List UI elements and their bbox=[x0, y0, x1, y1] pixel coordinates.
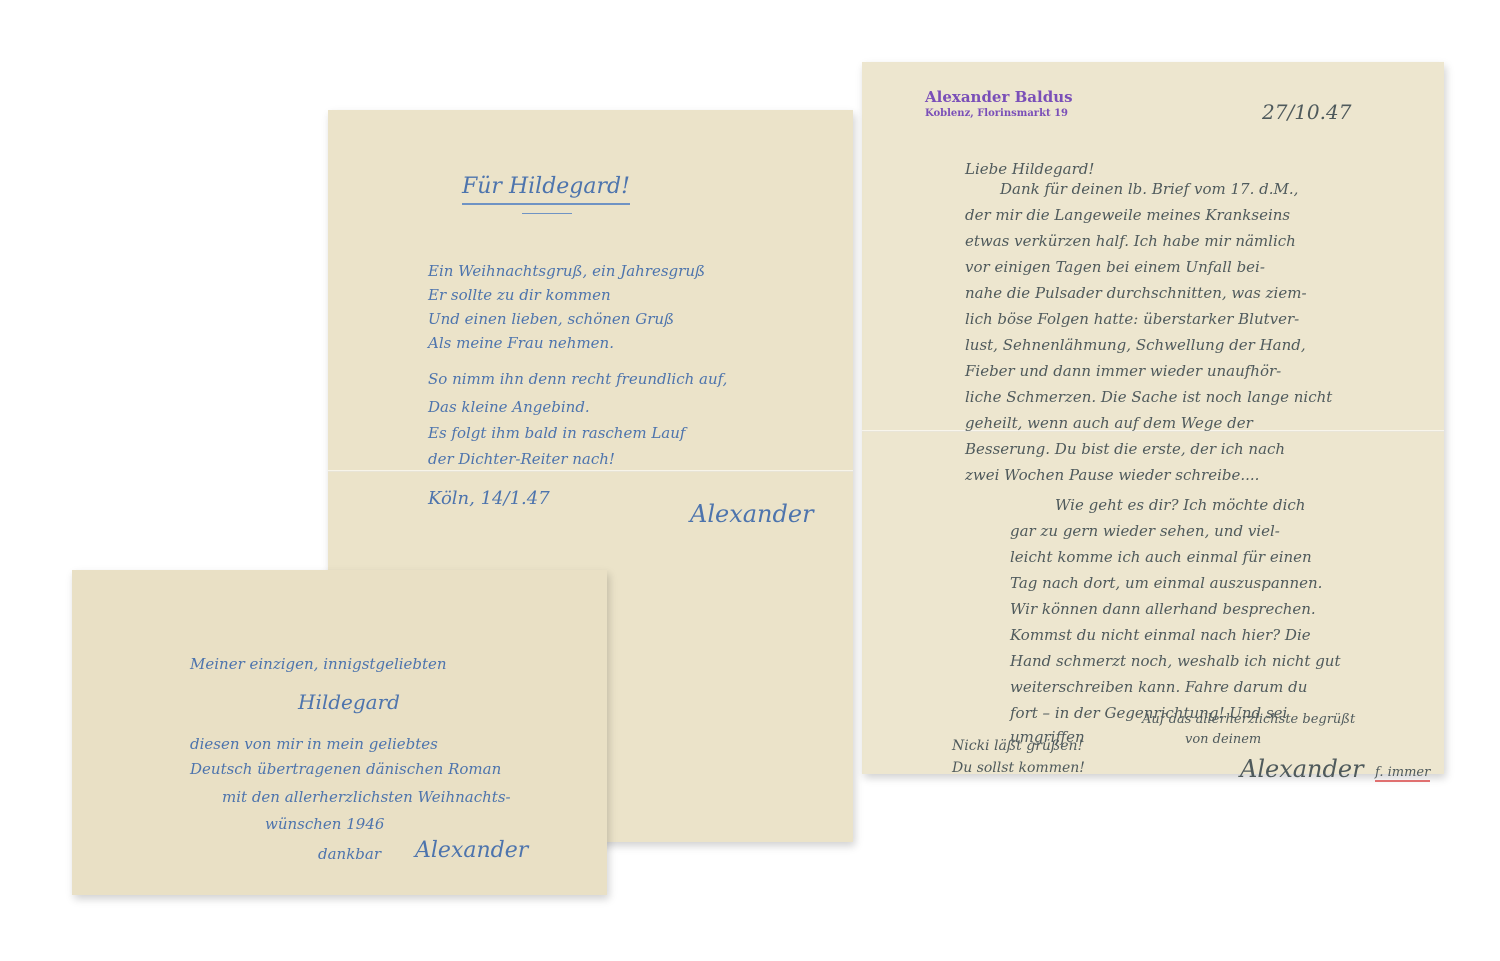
letter-line: Tag nach dort, um einmal auszuspannen. bbox=[1010, 574, 1322, 592]
letter-line: vor einigen Tagen bei einem Unfall bei- bbox=[965, 258, 1265, 276]
poem-title: Für Hildegard! bbox=[462, 174, 630, 205]
card-line: diesen von mir in mein geliebtes bbox=[190, 735, 438, 753]
letter-line: Besserung. Du bist die erste, der ich na… bbox=[965, 440, 1285, 458]
card-name: Hildegard bbox=[298, 690, 400, 714]
poem-line: Er sollte zu dir kommen bbox=[428, 286, 611, 304]
card-line: Meiner einzigen, innigstgeliebten bbox=[190, 655, 447, 673]
letter-line: weiterschreiben kann. Fahre darum du bbox=[1010, 678, 1307, 696]
poem-place-date: Köln, 14/1.47 bbox=[428, 488, 550, 509]
poem-line: So nimm ihn denn recht freundlich auf, bbox=[428, 370, 727, 388]
letter-postscript: Nicki läßt grüßen! bbox=[952, 738, 1083, 754]
card-line: dankbar bbox=[318, 845, 381, 863]
letter-closing: Auf das allerherzlichste begrüßt bbox=[1142, 712, 1355, 727]
letter-line: liche Schmerzen. Die Sache ist noch lang… bbox=[965, 388, 1332, 406]
letter-line: Kommst du nicht einmal nach hier? Die bbox=[1010, 626, 1311, 644]
poem-line: Als meine Frau nehmen. bbox=[428, 334, 614, 352]
letter-line: gar zu gern wieder sehen, und viel- bbox=[1010, 522, 1280, 540]
card-line: mit den allerherzlichsten Weihnachts- bbox=[222, 788, 511, 806]
letterhead-stamp-name: Alexander Baldus bbox=[925, 88, 1073, 106]
letter-line: Wir können dann allerhand besprechen. bbox=[1010, 600, 1316, 618]
card-line: wünschen 1946 bbox=[265, 815, 384, 833]
letterhead-stamp-address: Koblenz, Florinsmarkt 19 bbox=[925, 108, 1068, 119]
poem-line: Ein Weihnachtsgruß, ein Jahresgruß bbox=[428, 262, 705, 280]
letter-line: Hand schmerzt noch, weshalb ich nicht gu… bbox=[1010, 652, 1341, 670]
letter-line: geheilt, wenn auch auf dem Wege der bbox=[965, 414, 1253, 432]
letter-line: Dank für deinen lb. Brief vom 17. d.M., bbox=[1000, 180, 1298, 198]
poem-line: der Dichter-Reiter nach! bbox=[428, 450, 615, 468]
letter-postscript: Du sollst kommen! bbox=[952, 760, 1085, 776]
fold-line bbox=[328, 470, 853, 472]
letter-line: etwas verkürzen half. Ich habe mir nämli… bbox=[965, 232, 1296, 250]
card-line: Deutsch übertragenen dänischen Roman bbox=[190, 760, 501, 778]
letter-line: nahe die Pulsader durchschnitten, was zi… bbox=[965, 284, 1307, 302]
card-signature: Alexander bbox=[415, 838, 528, 863]
letter-line: zwei Wochen Pause wieder schreibe.... bbox=[965, 466, 1259, 484]
poem-line: Und einen lieben, schönen Gruß bbox=[428, 310, 674, 328]
poem-signature: Alexander bbox=[690, 500, 814, 528]
letter-signature: Alexander bbox=[1240, 755, 1364, 783]
letter-closing: von deinem bbox=[1185, 732, 1261, 747]
letter-line: leicht komme ich auch einmal für einen bbox=[1010, 548, 1312, 566]
letter-line: lich böse Folgen hatte: überstarker Blut… bbox=[965, 310, 1299, 328]
letter-line: lust, Sehnenlähmung, Schwellung der Hand… bbox=[965, 336, 1306, 354]
poem-line: Das kleine Angebind. bbox=[428, 398, 590, 416]
letter-line: der mir die Langeweile meines Krankseins bbox=[965, 206, 1290, 224]
letter-line: Fieber und dann immer wieder unaufhör- bbox=[965, 362, 1281, 380]
letter-salutation: Liebe Hildegard! bbox=[965, 160, 1094, 178]
poem-line: Es folgt ihm bald in raschem Lauf bbox=[428, 424, 685, 442]
letter-date: 27/10.47 bbox=[1262, 100, 1351, 124]
title-underline bbox=[522, 213, 572, 214]
letter-signature-suffix: f. immer bbox=[1375, 765, 1430, 782]
letter-line: Wie geht es dir? Ich möchte dich bbox=[1055, 496, 1305, 514]
